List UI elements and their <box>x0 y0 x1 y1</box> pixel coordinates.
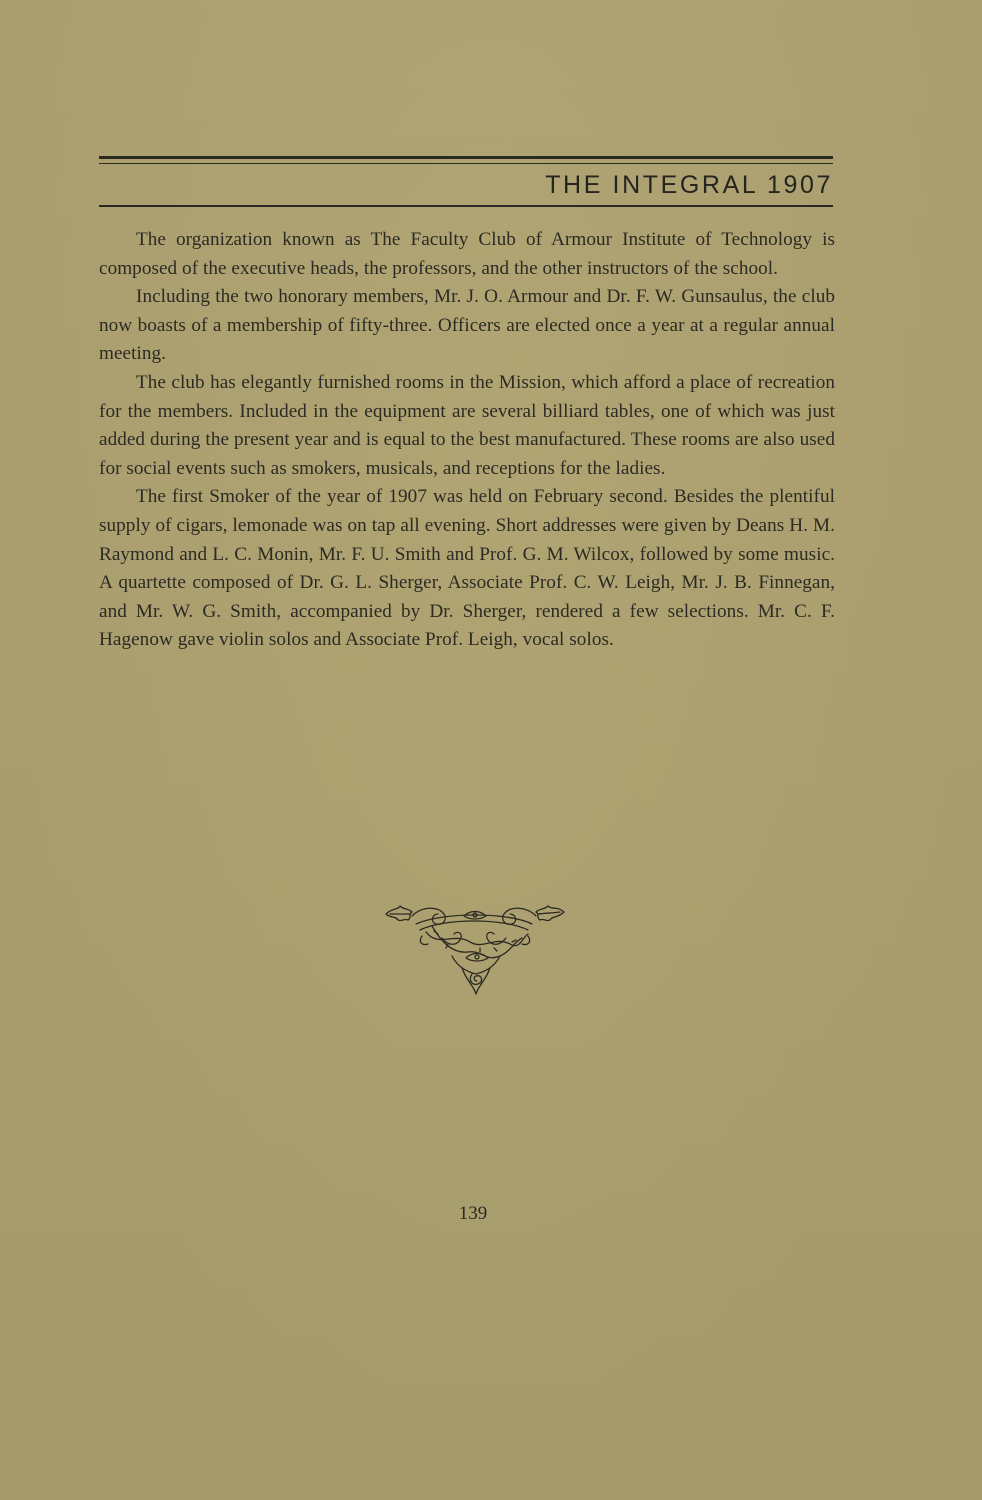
floral-ornament-icon <box>382 902 568 998</box>
header-rule-thick <box>99 156 833 159</box>
paragraph-1: The organization known as The Faculty Cl… <box>99 226 835 283</box>
page-background <box>0 0 982 1500</box>
header-rule-bottom <box>99 205 833 207</box>
paragraph-3: The club has elegantly furnished rooms i… <box>99 369 835 483</box>
running-head: THE INTEGRAL 1907 <box>99 170 833 204</box>
paragraph-4: The first Smoker of the year of 1907 was… <box>99 483 835 655</box>
page-header: THE INTEGRAL 1907 <box>99 156 833 207</box>
paragraph-2: Including the two honorary members, Mr. … <box>99 283 835 369</box>
page-number: 139 <box>0 1203 946 1225</box>
header-rule-thin <box>99 163 833 164</box>
article-body: The organization known as The Faculty Cl… <box>99 226 835 655</box>
